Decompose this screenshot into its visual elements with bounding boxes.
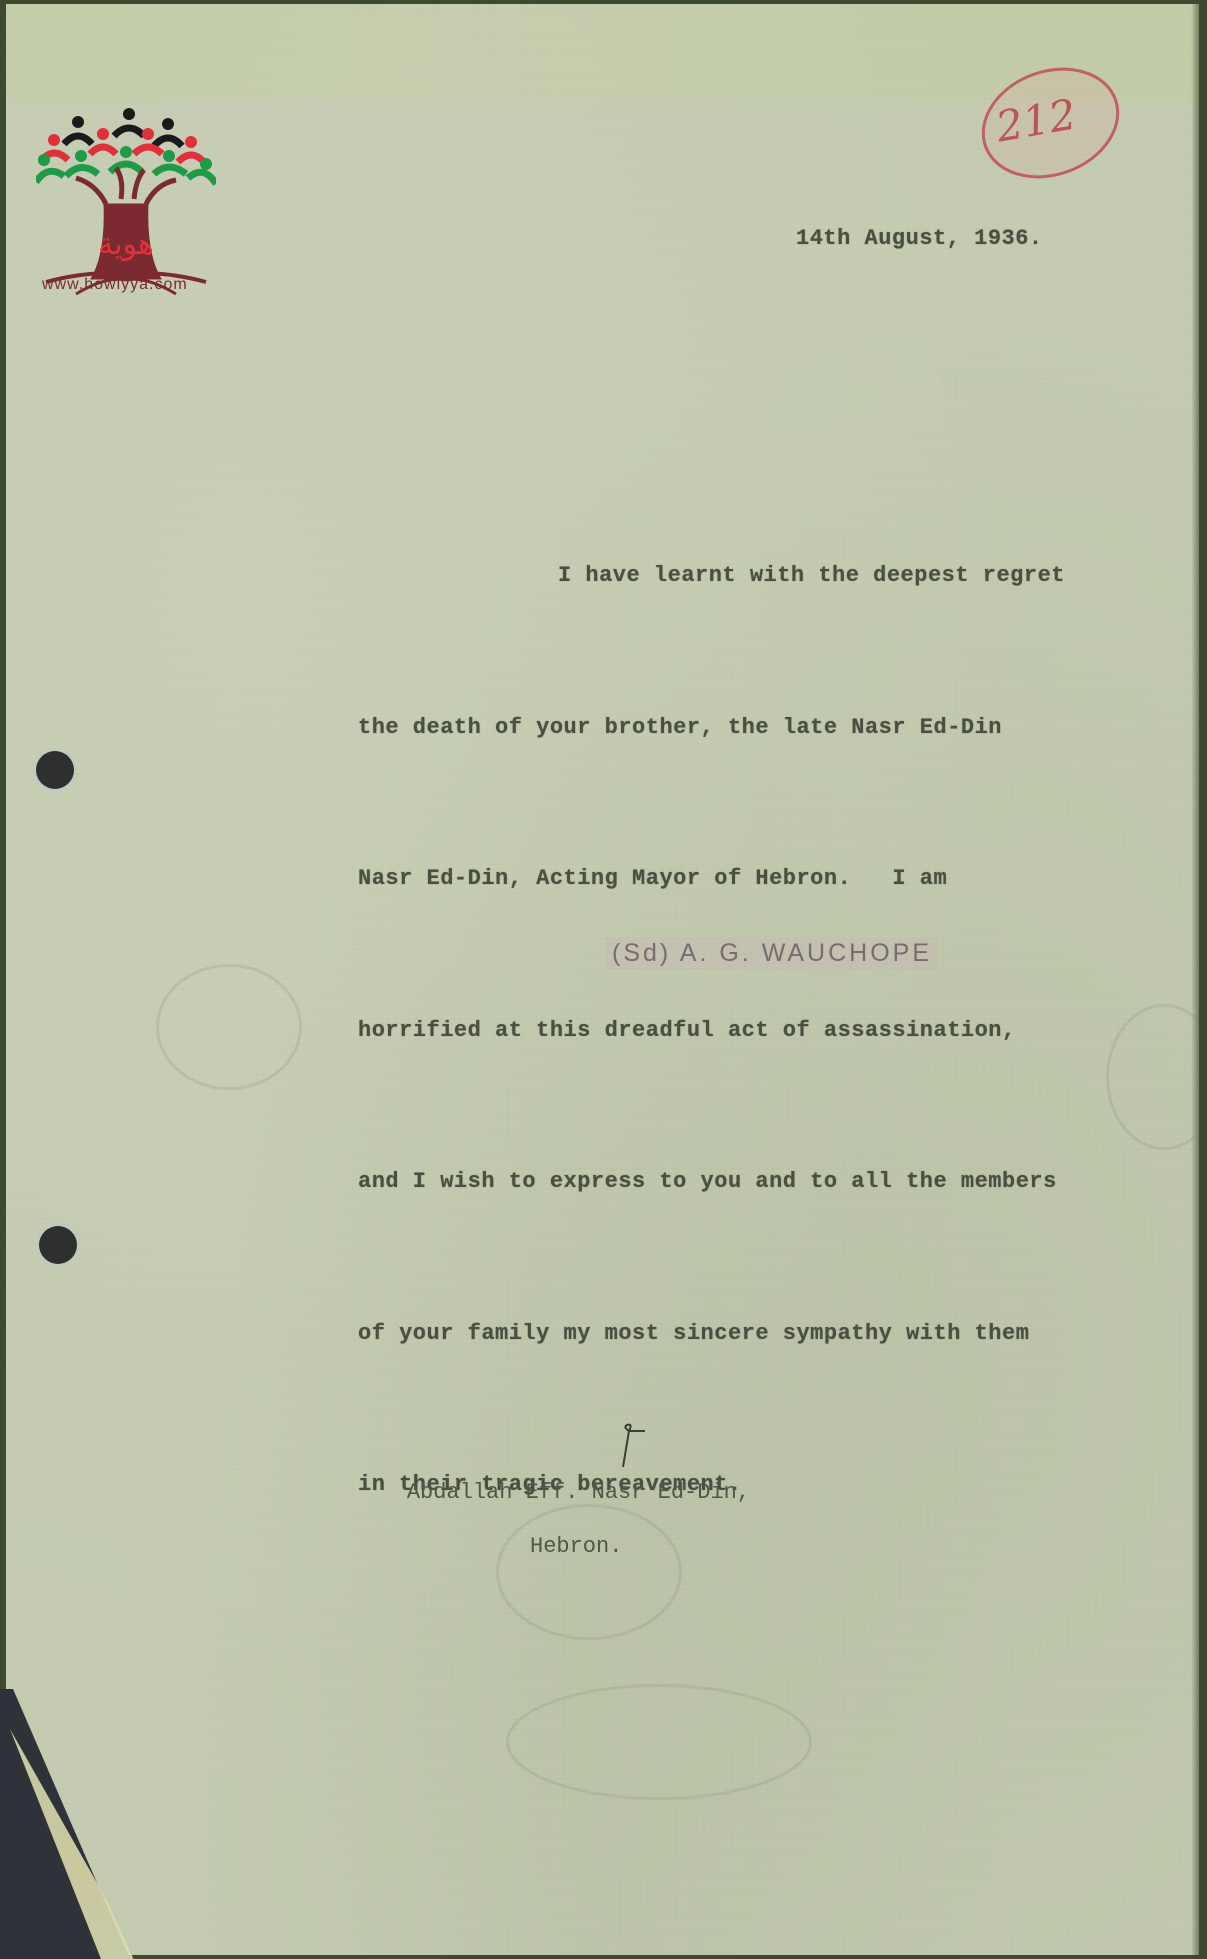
body-line: and I wish to express to you and to all … [358, 1157, 1065, 1208]
svg-text:هوية: هوية [98, 227, 154, 262]
body-line: the death of your brother, the late Nasr… [358, 703, 1065, 754]
addressee-name: Abdallah Eff. Nasr Ed-Din, [407, 1480, 750, 1505]
letter-body: I have learnt with the deepest regret th… [358, 450, 1065, 1612]
ghost-stamp [506, 1684, 812, 1800]
page-edge-shadow [1191, 4, 1199, 1955]
body-line: horrified at this dreadful act of assass… [358, 1006, 1065, 1057]
body-line: I have learnt with the deepest regret [358, 551, 1065, 602]
ghost-stamp [156, 964, 302, 1090]
signature-stamp: (Sd) A. G. WAUCHOPE [606, 937, 938, 970]
letter-page: هوية www.howiyya.com 212 14th August, 19… [6, 4, 1199, 1955]
body-line: Nasr Ed-Din, Acting Mayor of Hebron. I a… [358, 854, 1065, 905]
handwritten-tick-icon [611, 1419, 651, 1469]
ghost-stamp [1106, 1004, 1199, 1150]
punch-hole [39, 1226, 77, 1264]
addressee-city: Hebron. [354, 1533, 750, 1560]
letter-date: 14th August, 1936. [796, 226, 1043, 251]
punch-hole [36, 751, 74, 789]
addressee-block: Abdallah Eff. Nasr Ed-Din, Hebron. [354, 1452, 750, 1614]
body-line: of your family my most sincere sympathy … [358, 1309, 1065, 1360]
watermark-url: www.howiyya.com [42, 276, 188, 294]
howiyya-logo-icon: هوية [36, 104, 216, 304]
